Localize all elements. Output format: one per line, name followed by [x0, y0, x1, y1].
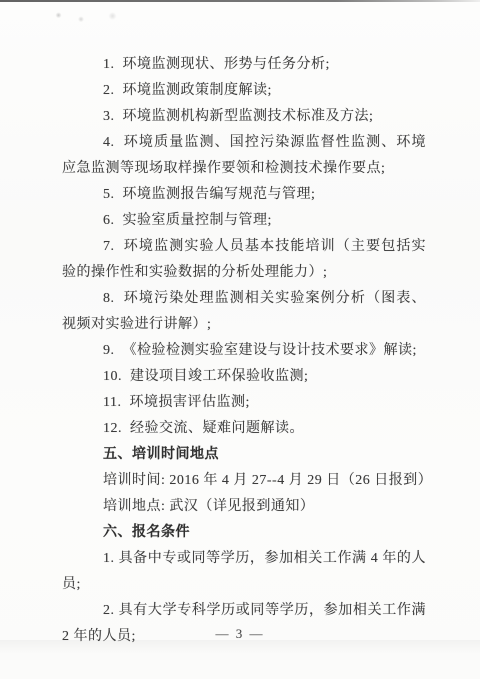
training-time-line: 培训时间: 2016 年 4 月 27--4 月 29 日（26 日报到）: [62, 468, 426, 494]
scan-artifact-smudge: [45, 8, 135, 24]
list-item-8: 8. 环境污染处理监测相关实验案例分析（图表、视频对实验进行讲解）;: [62, 286, 426, 338]
list-item-12: 12. 经验交流、疑难问题解读。: [62, 416, 426, 442]
scanned-document-page: 1. 环境监测现状、形势与任务分析; 2. 环境监测政策制度解读; 3. 环境监…: [0, 0, 480, 679]
condition-item-2: 2. 具有大学专科学历或同等学历，参加相关工作满 2 年的人员;: [62, 598, 426, 650]
document-body: 1. 环境监测现状、形势与任务分析; 2. 环境监测政策制度解读; 3. 环境监…: [62, 52, 426, 650]
list-item-7: 7. 环境监测实验人员基本技能培训（主要包括实验的操作性和实验数据的分析处理能力…: [62, 234, 426, 286]
list-item-2: 2. 环境监测政策制度解读;: [62, 78, 426, 104]
list-item-11: 11. 环境损害评估监测;: [62, 390, 426, 416]
condition-item-1: 1. 具备中专或同等学历，参加相关工作满 4 年的人员;: [62, 546, 426, 598]
list-item-4: 4. 环境质量监测、国控污染源监督性监测、环境应急监测等现场取样操作要领和检测技…: [62, 130, 426, 182]
page-number: — 3 —: [0, 626, 480, 642]
list-item-9: 9. 《检验检测实验室建设与设计技术要求》解读;: [62, 338, 426, 364]
scan-artifact-top-edge: [0, 0, 480, 2]
list-item-6: 6. 实验室质量控制与管理;: [62, 208, 426, 234]
section-heading-registration-conditions: 六、报名条件: [62, 520, 426, 546]
list-item-1: 1. 环境监测现状、形势与任务分析;: [62, 52, 426, 78]
list-item-3: 3. 环境监测机构新型监测技术标准及方法;: [62, 104, 426, 130]
list-item-10: 10. 建设项目竣工环保验收监测;: [62, 364, 426, 390]
section-heading-training-time-place: 五、培训时间地点: [62, 442, 426, 468]
list-item-5: 5. 环境监测报告编写规范与管理;: [62, 182, 426, 208]
training-place-line: 培训地点: 武汉（详见报到通知）: [62, 494, 426, 520]
